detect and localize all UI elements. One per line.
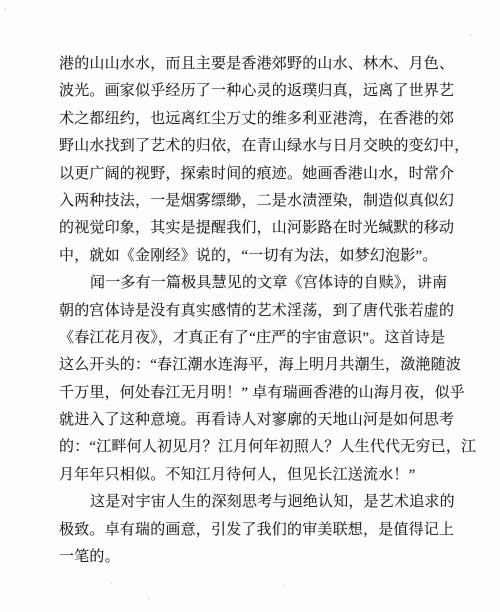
text-line-paragraph-start: 这是对宇宙人生的深刻思考与迥绝认知，是艺术追求的 xyxy=(59,489,445,516)
text-line: 的视觉印象，其实是提醒我们，山河影路在时光缄默的移动 xyxy=(59,215,445,242)
scan-noise-dot xyxy=(148,598,150,600)
scan-noise-dot xyxy=(470,34,472,36)
text-line: 野山水找到了艺术的归依，在青山绿水与日月交映的变幻中， xyxy=(59,133,445,160)
scan-noise-dot xyxy=(283,585,285,587)
text-line: 一笔的。 xyxy=(59,544,445,571)
scan-noise-dot xyxy=(110,582,112,584)
text-line-paragraph-start: 闻一多有一篇极具慧见的文章《宫体诗的自赎》，讲南 xyxy=(59,270,445,297)
scan-noise-dot xyxy=(4,8,6,11)
body-text: 港的山山水水，而且主要是香港郊野的山水、林木、月色、 波光。画家似乎经历了一种心… xyxy=(59,51,445,571)
text-line: 入两种技法，一是烟雾缥缈，二是水渍湮染，制造似真似幻 xyxy=(59,188,445,215)
text-line: 港的山山水水，而且主要是香港郊野的山水、林木、月色、 xyxy=(59,51,445,78)
text-line: 月年年只相似。不知江月待何人，但见长江送流水！” xyxy=(59,462,445,489)
book-page: 港的山山水水，而且主要是香港郊野的山水、林木、月色、 波光。画家似乎经历了一种心… xyxy=(0,0,500,612)
text-line: 中，就如《金刚经》说的，“一切有为法，如梦幻泡影”。 xyxy=(59,243,445,270)
text-line: 这么开头的：“春江潮水连海平，海上明月共潮生，潋滟随波 xyxy=(59,352,445,379)
text-line: 朝的宫体诗是没有真实感情的艺术淫荡，到了唐代张若虚的 xyxy=(59,298,445,325)
text-line: 术之都纽约，也远离红尘万丈的维多利亚港湾，在香港的郊 xyxy=(59,106,445,133)
text-line: 就进入了这种意境。再看诗人对寥廓的天地山河是如何思考 xyxy=(59,407,445,434)
text-line: 《春江花月夜》，才真正有了“庄严的宇宙意识”。这首诗是 xyxy=(59,325,445,352)
text-line: 波光。画家似乎经历了一种心灵的返璞归真，远离了世界艺 xyxy=(59,78,445,105)
text-line: 以更广阔的视野，探索时间的痕迹。她画香港山水，时常介 xyxy=(59,161,445,188)
text-line: 极致。卓有瑞的画意，引发了我们的审美联想，是值得记上 xyxy=(59,517,445,544)
text-line: 的：“江畔何人初见月？江月何年初照人？人生代代无穷已，江 xyxy=(59,434,445,461)
text-line: 千万里，何处春江无月明！” 卓有瑞画香港的山海月夜，似乎 xyxy=(59,380,445,407)
